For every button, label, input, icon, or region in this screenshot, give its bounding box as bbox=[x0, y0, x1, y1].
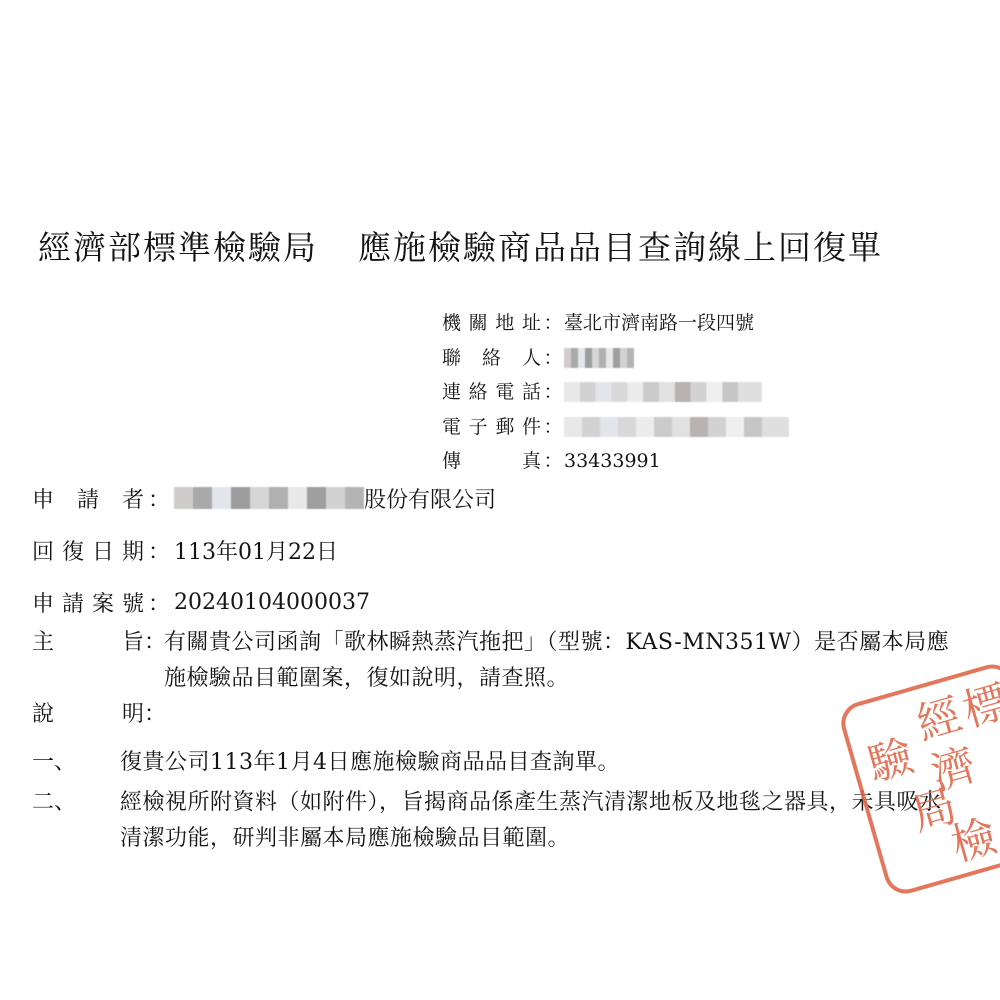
contact-row-email: 電子郵件 ： bbox=[442, 410, 789, 445]
colon: ： bbox=[144, 535, 174, 566]
colon: ： bbox=[144, 625, 164, 697]
applicant-company-suffix: 股份有限公司 bbox=[364, 483, 496, 514]
field-label: 申請者 bbox=[32, 483, 144, 514]
agency-contact-block: 機關地址 ： 臺北市濟南路一段四號 聯絡人 ： 連絡電話 ： 電子郵件 ： 傳真… bbox=[442, 306, 789, 479]
colon: ： bbox=[542, 306, 564, 341]
explanation-items: 一、 復貴公司113年1月4日應施檢驗商品品目查詢單。 二、 經檢視所附資料（如… bbox=[32, 745, 962, 861]
colon: ： bbox=[144, 587, 174, 618]
fax-number: 33433991 bbox=[564, 444, 661, 479]
field-label: 申請案號 bbox=[32, 587, 144, 618]
contact-row-phone: 連絡電話 ： bbox=[442, 375, 789, 410]
redacted-email bbox=[564, 417, 789, 437]
field-reply-date: 回復日期 ： 113年01月22日 bbox=[32, 530, 496, 570]
field-label: 回復日期 bbox=[32, 535, 144, 566]
subject-row: 主旨 ： 有關貴公司函詢「歌林瞬熱蒸汽拖把」（型號：KAS-MN351W）是否屬… bbox=[32, 625, 962, 697]
contact-label: 電子郵件 bbox=[442, 410, 542, 445]
colon: ： bbox=[542, 375, 564, 410]
item-number: 一、 bbox=[32, 745, 120, 781]
redacted-contact-person bbox=[564, 348, 634, 368]
colon: ： bbox=[144, 697, 164, 733]
contact-label: 聯絡人 bbox=[442, 341, 542, 376]
item-text: 經檢視所附資料（如附件），旨揭商品係產生蒸汽清潔地板及地毯之器具，未具吸水清潔功… bbox=[120, 785, 960, 857]
contact-row-address: 機關地址 ： 臺北市濟南路一段四號 bbox=[442, 306, 789, 341]
document-title: 經濟部標準檢驗局應施檢驗商品品目查詢線上回復單 bbox=[38, 222, 968, 269]
reply-date-value: 113年01月22日 bbox=[174, 535, 338, 566]
redacted-applicant-name bbox=[174, 487, 364, 509]
title-form: 應施檢驗商品品目查詢線上回復單 bbox=[358, 228, 883, 267]
subject-text: 有關貴公司函詢「歌林瞬熱蒸汽拖把」（型號：KAS-MN351W）是否屬本局應施檢… bbox=[164, 625, 954, 697]
contact-row-fax: 傳真 ： 33433991 bbox=[442, 444, 789, 479]
field-applicant: 申請者 ： 股份有限公司 bbox=[32, 478, 496, 518]
colon: ： bbox=[542, 410, 564, 445]
explanation-item: 一、 復貴公司113年1月4日應施檢驗商品品目查詢單。 bbox=[32, 745, 962, 781]
colon: ： bbox=[144, 483, 174, 514]
title-agency: 經濟部標準檢驗局 bbox=[38, 228, 318, 267]
item-text: 復貴公司113年1月4日應施檢驗商品品目查詢單。 bbox=[120, 745, 960, 781]
agency-address: 臺北市濟南路一段四號 bbox=[564, 306, 754, 341]
contact-row-person: 聯絡人 ： bbox=[442, 341, 789, 376]
redacted-phone bbox=[564, 382, 762, 402]
seal-char: 標 bbox=[958, 680, 1000, 734]
explanation-item: 二、 經檢視所附資料（如附件），旨揭商品係產生蒸汽清潔地板及地毯之器具，未具吸水… bbox=[32, 785, 962, 857]
contact-label: 連絡電話 bbox=[442, 375, 542, 410]
case-number-value: 20240104000037 bbox=[174, 590, 370, 615]
explanation-heading-row: 說明 ： bbox=[32, 697, 962, 733]
contact-label: 傳真 bbox=[442, 444, 542, 479]
subject-label: 主旨 bbox=[32, 625, 144, 697]
colon: ： bbox=[542, 341, 564, 376]
contact-label: 機關地址 bbox=[442, 306, 542, 341]
subject-section: 主旨 ： 有關貴公司函詢「歌林瞬熱蒸汽拖把」（型號：KAS-MN351W）是否屬… bbox=[32, 625, 962, 733]
application-fields: 申請者 ： 股份有限公司 回復日期 ： 113年01月22日 申請案號 ： 20… bbox=[32, 478, 496, 634]
field-case-number: 申請案號 ： 20240104000037 bbox=[32, 582, 496, 622]
item-number: 二、 bbox=[32, 785, 120, 857]
explanation-label: 說明 bbox=[32, 697, 144, 733]
colon: ： bbox=[542, 444, 564, 479]
